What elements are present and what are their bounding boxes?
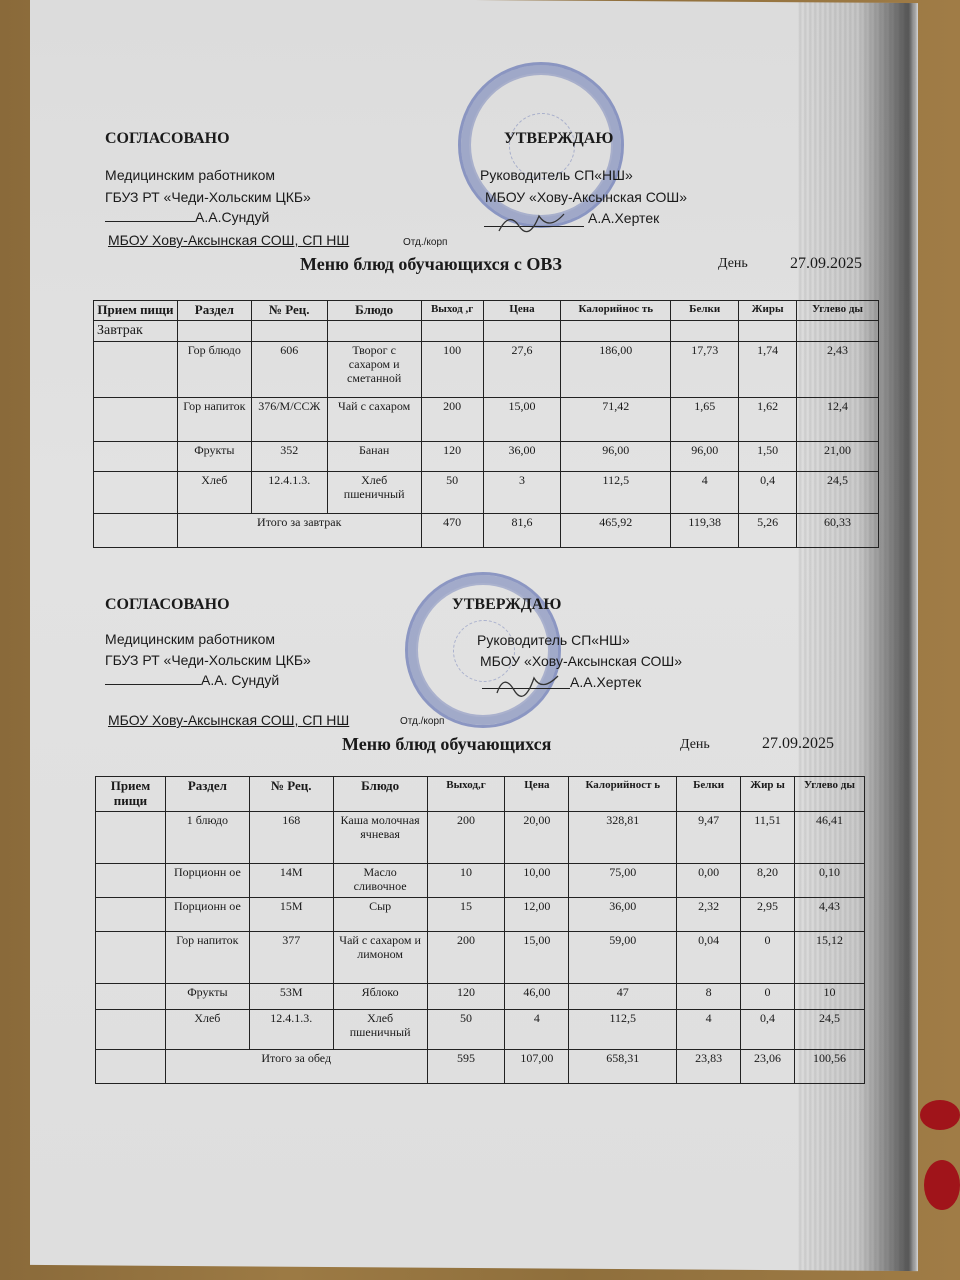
- cell-section: Фрукты: [165, 983, 249, 1009]
- column-header: Жир ы: [741, 777, 795, 812]
- meal-cell: [94, 442, 178, 472]
- cell-recipe: 15М: [249, 897, 333, 931]
- cell-dish: Хлеб пшеничный: [333, 1009, 427, 1049]
- column-header: Раздел: [165, 777, 249, 812]
- agreed-title: СОГЛАСОВАНО: [105, 130, 230, 148]
- dept-label: Отд./корп: [403, 237, 447, 248]
- agreed-line1: Медицинским работником: [105, 167, 275, 183]
- cell-fat: 0: [741, 983, 795, 1009]
- column-header: Блюдо: [333, 777, 427, 812]
- meal-cell: [96, 811, 166, 863]
- cell-yield: 200: [427, 931, 505, 983]
- cell-recipe: 12.4.1.3.: [249, 1009, 333, 1049]
- menu-date: 27.09.2025: [762, 735, 834, 753]
- cell-section: Гор блюдо: [177, 342, 251, 398]
- meal-cell: [96, 1049, 166, 1083]
- table-row: Фрукты352Банан12036,0096,0096,001,5021,0…: [94, 442, 879, 472]
- total-yield: 595: [427, 1049, 505, 1083]
- cell-protein: 2,32: [677, 897, 741, 931]
- cell-section: 1 блюдо: [165, 811, 249, 863]
- cell-price: 20,00: [505, 811, 569, 863]
- day-label: День: [718, 256, 748, 272]
- total-fat: 23,06: [741, 1049, 795, 1083]
- column-header: Углево ды: [795, 777, 865, 812]
- cell-kcal: 328,81: [569, 811, 677, 863]
- table-row-total: Итого за обед595107,00658,3123,8323,0610…: [96, 1049, 865, 1083]
- cell-dish: Банан: [327, 442, 421, 472]
- cell-kcal: 59,00: [569, 931, 677, 983]
- cell-dish: Чай с сахаром: [327, 398, 421, 442]
- cell-dish: Каша молочная ячневая: [333, 811, 427, 863]
- cell-protein: 0,00: [677, 863, 741, 897]
- cell-protein: 1,65: [671, 398, 739, 442]
- cell-fat: 0: [741, 931, 795, 983]
- cell-yield: 120: [427, 983, 505, 1009]
- empty-cell: [739, 320, 797, 341]
- table-row-total: Итого за завтрак47081,6465,92119,385,266…: [94, 514, 879, 548]
- cell-price: 15,00: [483, 398, 561, 442]
- column-header: Калорийност ь: [569, 777, 677, 812]
- menu-table-ovz: Прием пищиРаздел№ Рец.БлюдоВыход ,гЦенаК…: [93, 300, 879, 548]
- empty-cell: [177, 320, 251, 341]
- column-header: Калорийнос ть: [561, 301, 671, 321]
- cell-section: Хлеб: [177, 472, 251, 514]
- cell-carbs: 0,10: [795, 863, 865, 897]
- school-name: МБОУ Хову-Аксынская СОШ, СП НШ: [108, 712, 349, 728]
- table-header-row: Прием пищиРаздел№ Рец.БлюдоВыход ,гЦенаК…: [94, 301, 879, 321]
- cell-carbs: 2,43: [797, 342, 879, 398]
- meal-cell: [96, 1009, 166, 1049]
- empty-cell: [797, 320, 879, 341]
- column-header: № Рец.: [251, 301, 327, 321]
- cell-carbs: 46,41: [795, 811, 865, 863]
- signature: [484, 226, 584, 227]
- total-price: 81,6: [483, 514, 561, 548]
- table-row: Хлеб12.4.1.3.Хлеб пшеничный503112,540,42…: [94, 472, 879, 514]
- approved-line2: МБОУ «Хову-Аксынская СОШ»: [485, 189, 687, 205]
- cell-dish: Яблоко: [333, 983, 427, 1009]
- empty-cell: [421, 320, 483, 341]
- total-protein: 23,83: [677, 1049, 741, 1083]
- agreed-line2: ГБУЗ РТ «Чеди-Хольским ЦКБ»: [105, 652, 311, 668]
- cell-yield: 50: [421, 472, 483, 514]
- cell-kcal: 47: [569, 983, 677, 1009]
- cell-fat: 1,50: [739, 442, 797, 472]
- cell-recipe: 606: [251, 342, 327, 398]
- approved-line1: Руководитель СП«НШ»: [480, 167, 633, 183]
- day-label: День: [680, 737, 710, 753]
- cell-dish: Сыр: [333, 897, 427, 931]
- cell-protein: 0,04: [677, 931, 741, 983]
- cell-fat: 11,51: [741, 811, 795, 863]
- cell-carbs: 24,5: [797, 472, 879, 514]
- agreed-signer: А.А. Сундуй: [201, 672, 279, 688]
- approved-title: УТВЕРЖДАЮ: [504, 130, 613, 148]
- column-header: Белки: [677, 777, 741, 812]
- cell-recipe: 376/М/ССЖ: [251, 398, 327, 442]
- cell-kcal: 186,00: [561, 342, 671, 398]
- cell-fat: 8,20: [741, 863, 795, 897]
- cell-protein: 96,00: [671, 442, 739, 472]
- cell-recipe: 168: [249, 811, 333, 863]
- signature-icon: [494, 206, 574, 236]
- cell-recipe: 12.4.1.3.: [251, 472, 327, 514]
- cell-section: Гор напиток: [165, 931, 249, 983]
- total-carbs: 60,33: [797, 514, 879, 548]
- meal-cell: [96, 983, 166, 1009]
- meal-cell: [94, 398, 178, 442]
- cell-recipe: 14М: [249, 863, 333, 897]
- cell-fat: 0,4: [741, 1009, 795, 1049]
- cell-fat: 1,62: [739, 398, 797, 442]
- total-label: Итого за завтрак: [177, 514, 421, 548]
- approved-line2: МБОУ «Хову-Аксынская СОШ»: [480, 653, 682, 669]
- table-row: Фрукты53МЯблоко12046,00478010: [96, 983, 865, 1009]
- cell-price: 3: [483, 472, 561, 514]
- cell-fat: 1,74: [739, 342, 797, 398]
- table-header-row: Прием пищиРаздел№ Рец.БлюдоВыход,гЦенаКа…: [96, 777, 865, 812]
- cell-price: 10,00: [505, 863, 569, 897]
- menu-title: Меню блюд обучающихся: [342, 734, 551, 755]
- cell-kcal: 71,42: [561, 398, 671, 442]
- meal-cell: [96, 897, 166, 931]
- total-kcal: 658,31: [569, 1049, 677, 1083]
- total-carbs: 100,56: [795, 1049, 865, 1083]
- cell-price: 46,00: [505, 983, 569, 1009]
- cell-yield: 120: [421, 442, 483, 472]
- cell-price: 4: [505, 1009, 569, 1049]
- column-header: Выход ,г: [421, 301, 483, 321]
- cell-section: Гор напиток: [177, 398, 251, 442]
- cell-protein: 4: [677, 1009, 741, 1049]
- cell-protein: 8: [677, 983, 741, 1009]
- cell-section: Порционн ое: [165, 863, 249, 897]
- cell-kcal: 112,5: [569, 1009, 677, 1049]
- table-row: Гор напиток376/М/ССЖЧай с сахаром20015,0…: [94, 398, 879, 442]
- signature-icon: [492, 668, 572, 698]
- agreed-line2: ГБУЗ РТ «Чеди-Хольским ЦКБ»: [105, 189, 311, 205]
- table-row: Порционн ое15МСыр1512,0036,002,322,954,4…: [96, 897, 865, 931]
- table-row: Хлеб12.4.1.3.Хлеб пшеничный504112,540,42…: [96, 1009, 865, 1049]
- cell-protein: 9,47: [677, 811, 741, 863]
- table-row: Гор напиток377Чай с сахаром и лимоном200…: [96, 931, 865, 983]
- column-header: Блюдо: [327, 301, 421, 321]
- total-label: Итого за обед: [165, 1049, 427, 1083]
- menu-title: Меню блюд обучающихся с ОВЗ: [300, 254, 562, 275]
- menu-table-general: Прием пищиРаздел№ Рец.БлюдоВыход,гЦенаКа…: [95, 776, 865, 1084]
- cell-carbs: 21,00: [797, 442, 879, 472]
- agreed-title: СОГЛАСОВАНО: [105, 596, 230, 614]
- cell-price: 36,00: [483, 442, 561, 472]
- cell-yield: 15: [427, 897, 505, 931]
- total-fat: 5,26: [739, 514, 797, 548]
- menu-date: 27.09.2025: [790, 255, 862, 273]
- column-header: Прием пищи: [96, 777, 166, 812]
- signature: [482, 688, 570, 689]
- column-header: Белки: [671, 301, 739, 321]
- agreed-signer: А.А.Сундуй: [195, 209, 269, 225]
- red-stain: [924, 1160, 960, 1210]
- cell-kcal: 75,00: [569, 863, 677, 897]
- cell-kcal: 112,5: [561, 472, 671, 514]
- cell-protein: 4: [671, 472, 739, 514]
- approved-title: УТВЕРЖДАЮ: [452, 596, 561, 614]
- cell-carbs: 15,12: [795, 931, 865, 983]
- column-header: Прием пищи: [94, 301, 178, 321]
- cell-recipe: 377: [249, 931, 333, 983]
- cell-recipe: 53М: [249, 983, 333, 1009]
- cell-kcal: 36,00: [569, 897, 677, 931]
- cell-carbs: 24,5: [795, 1009, 865, 1049]
- meal-cell: [94, 514, 178, 548]
- cell-fat: 2,95: [741, 897, 795, 931]
- cell-yield: 100: [421, 342, 483, 398]
- cell-fat: 0,4: [739, 472, 797, 514]
- table-row: 1 блюдо168Каша молочная ячневая20020,003…: [96, 811, 865, 863]
- cell-dish: Масло сливочное: [333, 863, 427, 897]
- meal-cell: [94, 342, 178, 398]
- cell-recipe: 352: [251, 442, 327, 472]
- dept-label: Отд./корп: [400, 716, 444, 727]
- approved-signer: А.А.Хертек: [570, 674, 641, 690]
- approved-signer: А.А.Хертек: [588, 210, 659, 226]
- empty-cell: [251, 320, 327, 341]
- approved-line1: Руководитель СП«НШ»: [477, 632, 630, 648]
- meal-cell: [96, 931, 166, 983]
- table-row: Порционн ое14ММасло сливочное1010,0075,0…: [96, 863, 865, 897]
- cell-protein: 17,73: [671, 342, 739, 398]
- total-protein: 119,38: [671, 514, 739, 548]
- agreed-line1: Медицинским работником: [105, 631, 275, 647]
- column-header: Выход,г: [427, 777, 505, 812]
- cell-carbs: 4,43: [795, 897, 865, 931]
- empty-cell: [671, 320, 739, 341]
- column-header: Цена: [483, 301, 561, 321]
- cell-carbs: 12,4: [797, 398, 879, 442]
- column-header: Углево ды: [797, 301, 879, 321]
- column-header: Раздел: [177, 301, 251, 321]
- cell-yield: 10: [427, 863, 505, 897]
- table-row: Гор блюдо606Творог с сахаром и сметанной…: [94, 342, 879, 398]
- empty-cell: [561, 320, 671, 341]
- cell-yield: 200: [421, 398, 483, 442]
- school-name: МБОУ Хову-Аксынская СОШ, СП НШ: [108, 232, 349, 248]
- cell-kcal: 96,00: [561, 442, 671, 472]
- meal-cell: [94, 472, 178, 514]
- cell-section: Фрукты: [177, 442, 251, 472]
- cell-price: 12,00: [505, 897, 569, 931]
- cell-section: Хлеб: [165, 1009, 249, 1049]
- cell-section: Порционн ое: [165, 897, 249, 931]
- total-price: 107,00: [505, 1049, 569, 1083]
- cell-price: 27,6: [483, 342, 561, 398]
- total-yield: 470: [421, 514, 483, 548]
- empty-cell: [327, 320, 421, 341]
- column-header: Жиры: [739, 301, 797, 321]
- table-row-meal: Завтрак: [94, 320, 879, 341]
- cell-dish: Чай с сахаром и лимоном: [333, 931, 427, 983]
- meal-cell: [96, 863, 166, 897]
- cell-carbs: 10: [795, 983, 865, 1009]
- cell-dish: Хлеб пшеничный: [327, 472, 421, 514]
- meal-label: Завтрак: [94, 320, 178, 341]
- cell-yield: 50: [427, 1009, 505, 1049]
- cell-price: 15,00: [505, 931, 569, 983]
- cell-yield: 200: [427, 811, 505, 863]
- cell-dish: Творог с сахаром и сметанной: [327, 342, 421, 398]
- column-header: Цена: [505, 777, 569, 812]
- red-stain: [920, 1100, 960, 1130]
- column-header: № Рец.: [249, 777, 333, 812]
- total-kcal: 465,92: [561, 514, 671, 548]
- empty-cell: [483, 320, 561, 341]
